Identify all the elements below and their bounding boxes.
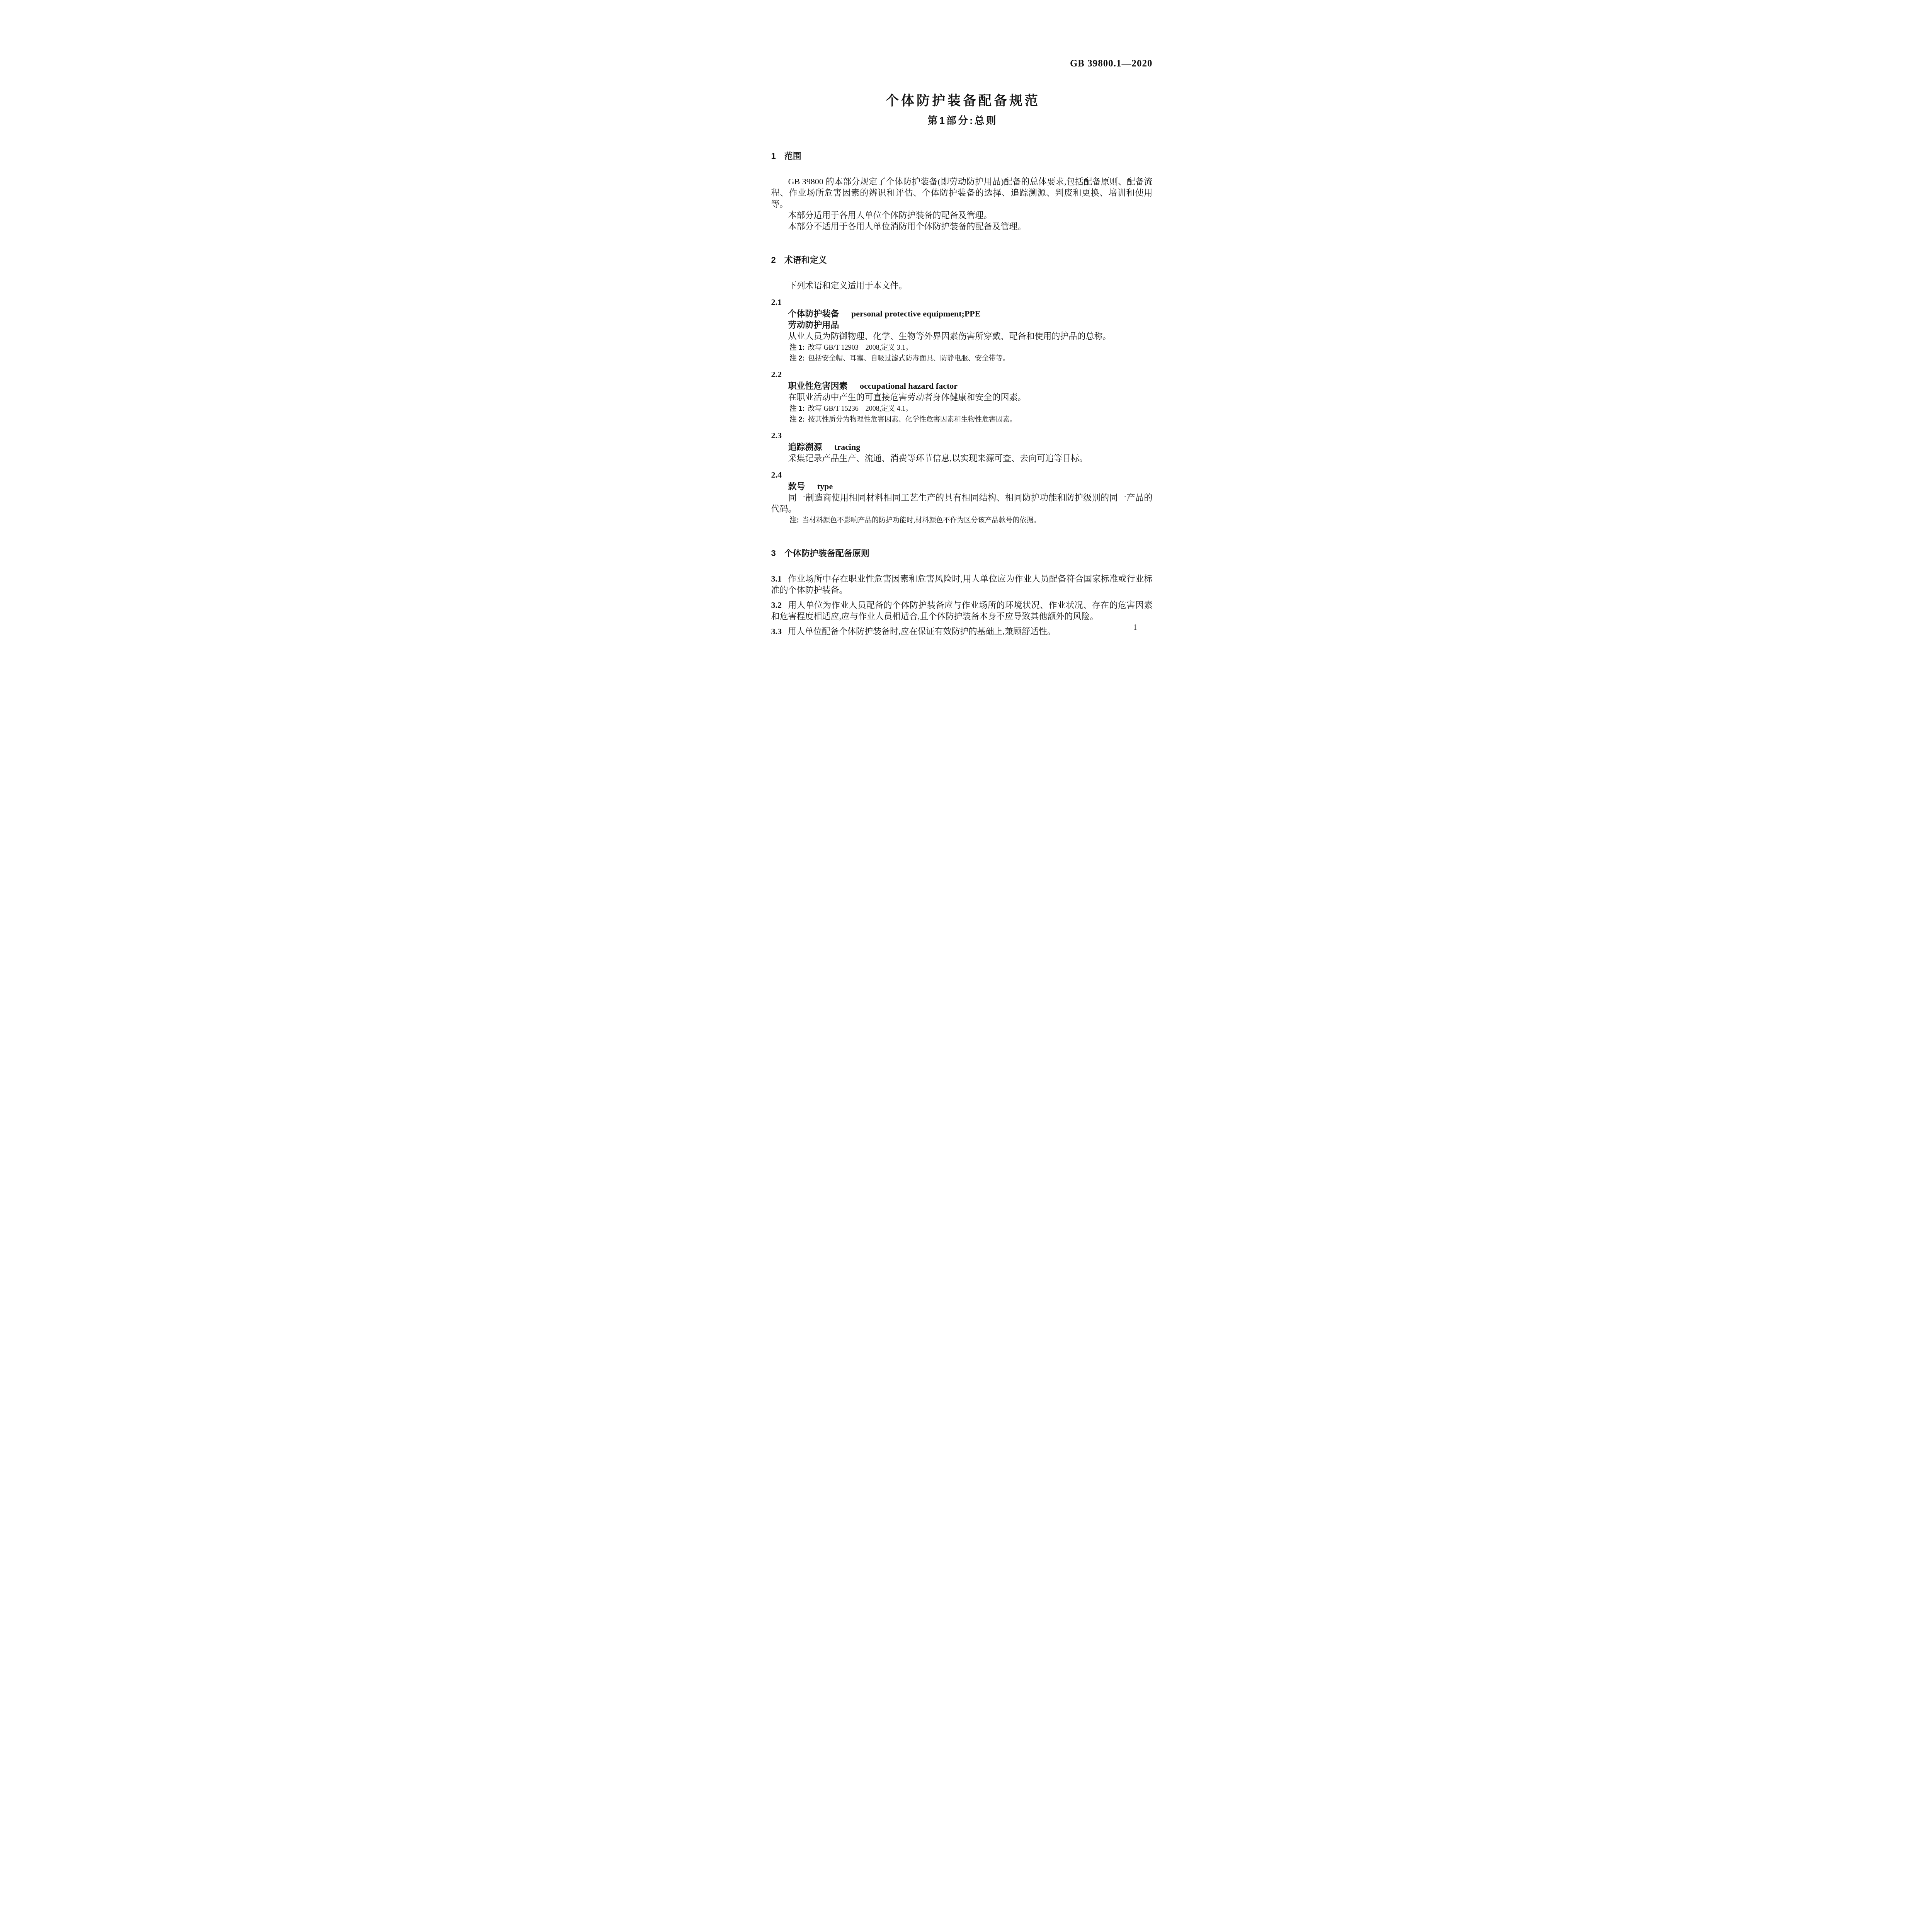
term-english: occupational hazard factor [860, 381, 958, 391]
term-english: tracing [834, 442, 860, 452]
term-note: 注 1: 改写 GB/T 15236—2008,定义 4.1。 [771, 403, 1153, 413]
note-text: 包括安全帽、耳塞、自吸过滤式防毒面具、防静电服、安全带等。 [808, 354, 1010, 362]
term-english: type [817, 481, 833, 491]
note-label: 注 1: [790, 405, 805, 412]
term-chinese: 款号 [788, 481, 805, 491]
standard-code: GB 39800.1—2020 [771, 0, 1153, 69]
term-entry-2-4: 2.4 款号 type 同一制造商使用相同材料相同工艺生产的具有相同结构、相同防… [771, 469, 1153, 525]
term-title-line: 款号 type [771, 481, 1153, 492]
term-title-line: 职业性危害因素 occupational hazard factor [771, 380, 1153, 391]
term-note: 注 1: 改写 GB/T 12903—2008,定义 3.1。 [771, 342, 1153, 352]
section-1-heading: 1 范围 [771, 150, 1153, 162]
clause-number: 3.2 [771, 600, 782, 610]
term-number: 2.4 [771, 469, 1153, 481]
term-note: 注 2: 包括安全帽、耳塞、自吸过滤式防毒面具、防静电服、安全带等。 [771, 353, 1153, 363]
clause-number: 3.1 [771, 574, 782, 583]
page-number: 1 [1133, 622, 1137, 633]
section-2-intro: 下列术语和定义适用于本文件。 [771, 280, 1153, 291]
term-chinese: 个体防护装备 [788, 309, 839, 318]
section-2-heading: 2 术语和定义 [771, 254, 1153, 266]
note-label: 注 1: [790, 344, 805, 351]
term-title-line: 个体防护装备 personal protective equipment;PPE [771, 308, 1153, 319]
term-note: 注: 当材料颜色不影响产品的防护功能时,材料颜色不作为区分该产品款号的依据。 [771, 515, 1153, 525]
clause-text: 用人单位为作业人员配备的个体防护装备应与作业场所的环境状况、作业状况、存在的危害… [771, 600, 1153, 621]
term-definition: 采集记录产品生产、流通、消费等环节信息,以实现来源可查、去向可追等目标。 [771, 452, 1153, 464]
clause-3-3: 3.3用人单位配备个体防护装备时,应在保证有效防护的基础上,兼顾舒适性。 [771, 626, 1153, 637]
term-entry-2-3: 2.3 追踪溯源 tracing 采集记录产品生产、流通、消费等环节信息,以实现… [771, 430, 1153, 464]
term-definition: 从业人员为防御物理、化学、生物等外界因素伤害所穿戴、配备和使用的护品的总称。 [771, 330, 1153, 342]
term-chinese: 追踪溯源 [788, 442, 822, 452]
note-label: 注: [790, 516, 799, 524]
document-subtitle: 第1部分:总则 [771, 113, 1153, 128]
term-synonym: 劳动防护用品 [771, 319, 1153, 330]
clause-text: 用人单位配备个体防护装备时,应在保证有效防护的基础上,兼顾舒适性。 [788, 626, 1056, 636]
section-1-paragraph-3: 本部分不适用于各用人单位消防用个体防护装备的配备及管理。 [771, 221, 1153, 232]
section-3-heading: 3 个体防护装备配备原则 [771, 548, 1153, 559]
clause-3-2: 3.2用人单位为作业人员配备的个体防护装备应与作业场所的环境状况、作业状况、存在… [771, 599, 1153, 622]
note-label: 注 2: [790, 354, 805, 362]
term-definition: 同一制造商使用相同材料相同工艺生产的具有相同结构、相同防护功能和防护级别的同一产… [771, 492, 1153, 514]
document-title: 个体防护装备配备规范 [771, 92, 1153, 110]
note-text: 按其性质分为物理性危害因素、化学性危害因素和生物性危害因素。 [808, 415, 1017, 423]
document-page: GB 39800.1—2020 个体防护装备配备规范 第1部分:总则 1 范围 … [719, 0, 1198, 678]
term-number: 2.1 [771, 296, 1153, 308]
term-entry-2-2: 2.2 职业性危害因素 occupational hazard factor 在… [771, 369, 1153, 424]
term-title-line: 追踪溯源 tracing [771, 441, 1153, 452]
clause-text: 作业场所中存在职业性危害因素和危害风险时,用人单位应为作业人员配备符合国家标准或… [771, 574, 1153, 595]
term-number: 2.3 [771, 430, 1153, 441]
term-english: personal protective equipment;PPE [851, 309, 980, 318]
term-number: 2.2 [771, 369, 1153, 380]
section-1-paragraph-1: GB 39800 的本部分规定了个体防护装备(即劳动防护用品)配备的总体要求,包… [771, 176, 1153, 209]
note-label: 注 2: [790, 415, 805, 423]
section-1-paragraph-2: 本部分适用于各用人单位个体防护装备的配备及管理。 [771, 209, 1153, 221]
term-entry-2-1: 2.1 个体防护装备 personal protective equipment… [771, 296, 1153, 363]
clause-3-1: 3.1作业场所中存在职业性危害因素和危害风险时,用人单位应为作业人员配备符合国家… [771, 573, 1153, 595]
term-note: 注 2: 按其性质分为物理性危害因素、化学性危害因素和生物性危害因素。 [771, 414, 1153, 424]
note-text: 改写 GB/T 12903—2008,定义 3.1。 [808, 344, 912, 351]
term-chinese: 职业性危害因素 [788, 381, 848, 391]
term-definition: 在职业活动中产生的可直接危害劳动者身体健康和安全的因素。 [771, 391, 1153, 403]
note-text: 当材料颜色不影响产品的防护功能时,材料颜色不作为区分该产品款号的依据。 [802, 516, 1041, 524]
note-text: 改写 GB/T 15236—2008,定义 4.1。 [808, 405, 912, 412]
clause-number: 3.3 [771, 626, 782, 636]
